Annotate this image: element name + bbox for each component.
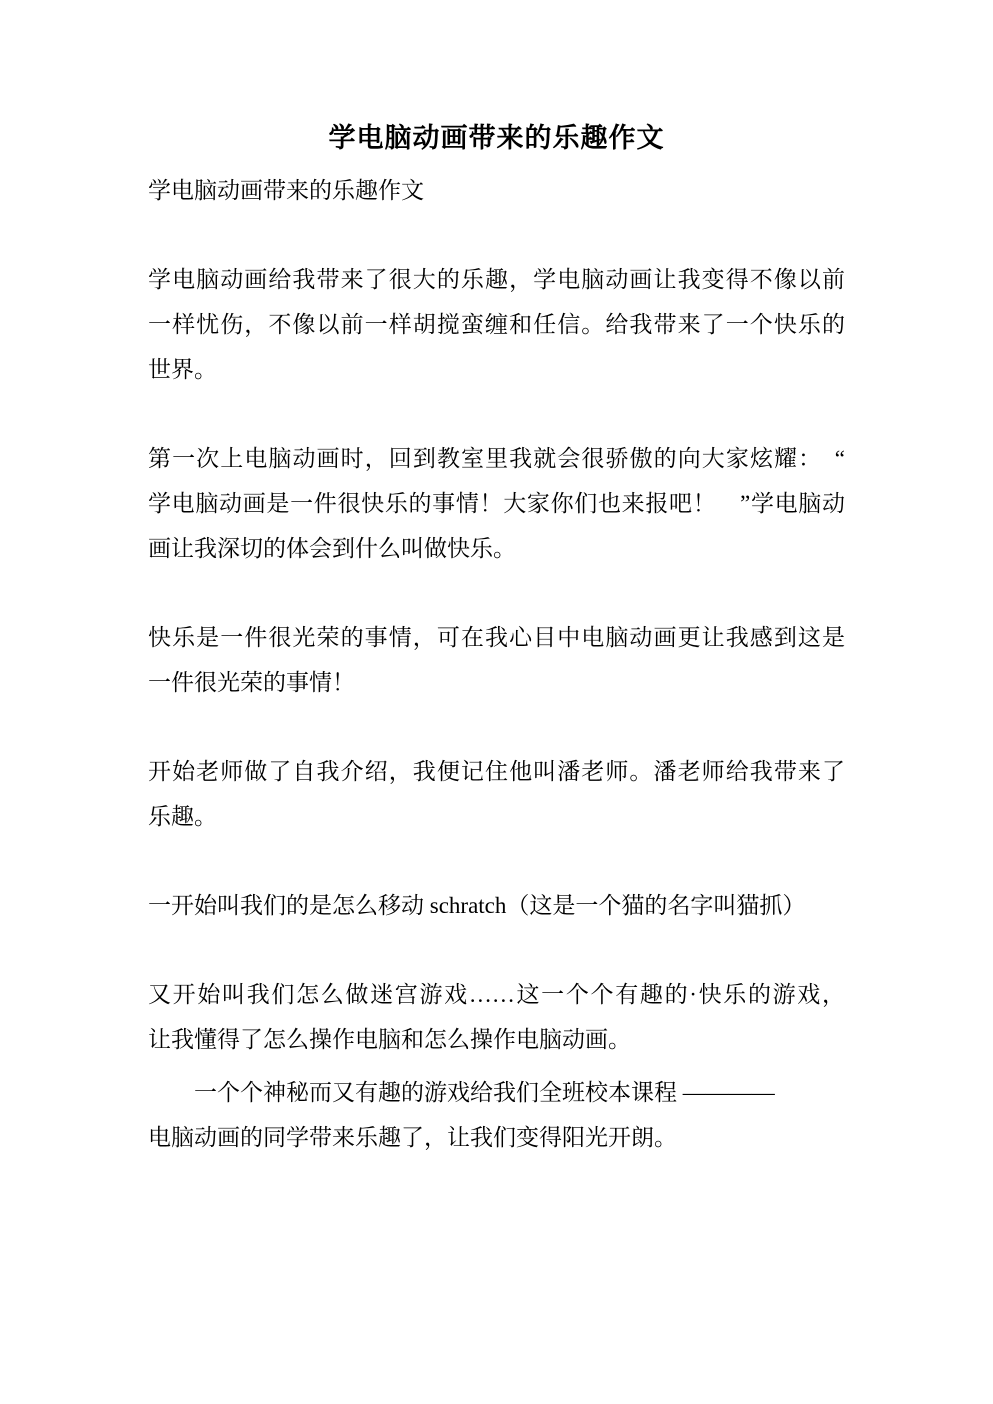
text-line: 世界。 [148,347,845,392]
text-line: 乐趣。 [148,794,845,839]
text-line: 一开始叫我们的是怎么移动 schratch（这是一个猫的名字叫猫抓） [148,883,845,928]
paragraph-teacher-pan: 开始老师做了自我介绍，我便记住他叫潘老师。潘老师给我带来了 乐趣。 [148,749,845,839]
text-line: 一件很光荣的事情！ [148,660,845,705]
text-line: 又开始叫我们怎么做迷宫游戏……这一个个有趣的·快乐的游戏， [148,972,845,1017]
text-line: 开始老师做了自我介绍，我便记住他叫潘老师。潘老师给我带来了 [148,749,845,794]
text-line: 学电脑动画给我带来了很大的乐趣，学电脑动画让我变得不像以前 [148,257,845,302]
text-line: 快乐是一件很光荣的事情，可在我心目中电脑动画更让我感到这是 [148,615,845,660]
text-line: 让我懂得了怎么操作电脑和怎么操作电脑动画。 [148,1017,845,1062]
text-line: 一个个神秘而又有趣的游戏给我们全班校本课程 ———— [148,1070,845,1115]
paragraph-first-class: 第一次上电脑动画时，回到教室里我就会很骄傲的向大家炫耀： “ 学电脑动画是一件很… [148,436,845,571]
paragraph-scratch: 一开始叫我们的是怎么移动 schratch（这是一个猫的名字叫猫抓） [148,883,845,928]
paragraph-conclusion: 一个个神秘而又有趣的游戏给我们全班校本课程 ———— 电脑动画的同学带来乐趣了，… [148,1070,845,1160]
text-line: 一样忧伤，不像以前一样胡搅蛮缠和任信。给我带来了一个快乐的 [148,302,845,347]
document-page: 学电脑动画带来的乐趣作文 学电脑动画带来的乐趣作文 学电脑动画给我带来了很大的乐… [0,0,993,1404]
paragraph-subtitle: 学电脑动画带来的乐趣作文 [148,168,845,213]
document-title: 学电脑动画带来的乐趣作文 [148,118,845,158]
text-line: 第一次上电脑动画时，回到教室里我就会很骄傲的向大家炫耀： “ [148,436,845,481]
paragraph-happiness-glory: 快乐是一件很光荣的事情，可在我心目中电脑动画更让我感到这是 一件很光荣的事情！ [148,615,845,705]
text-line: 学电脑动画带来的乐趣作文 [148,168,845,213]
paragraph-maze-games: 又开始叫我们怎么做迷宫游戏……这一个个有趣的·快乐的游戏， 让我懂得了怎么操作电… [148,972,845,1062]
text-line: 学电脑动画是一件很快乐的事情！大家你们也来报吧！ ”学电脑动 [148,481,845,526]
document-content: 学电脑动画带来的乐趣作文 学电脑动画带来的乐趣作文 学电脑动画给我带来了很大的乐… [148,118,845,1160]
text-line: 电脑动画的同学带来乐趣了，让我们变得阳光开朗。 [148,1115,845,1160]
paragraph-joy-intro: 学电脑动画给我带来了很大的乐趣，学电脑动画让我变得不像以前 一样忧伤，不像以前一… [148,257,845,392]
text-line: 画让我深切的体会到什么叫做快乐。 [148,526,845,571]
